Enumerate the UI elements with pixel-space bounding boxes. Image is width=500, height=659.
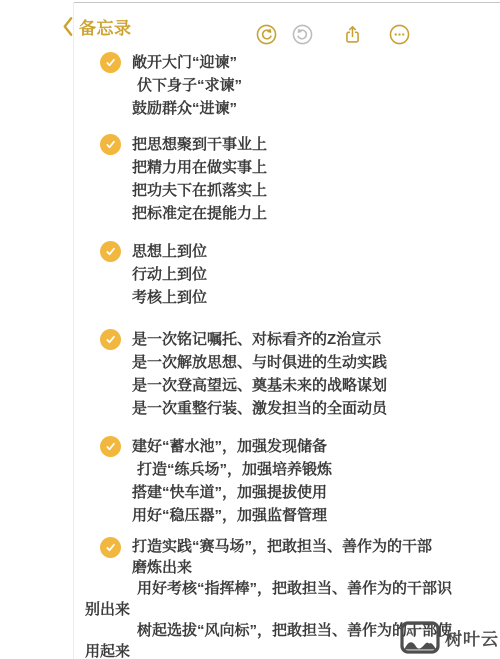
checklist-item: 打造实践“赛马场”，把敢担当、善作为的干部磨炼出来: [100, 536, 490, 578]
checklist-item-text[interactable]: 建好“蓄水池”，加强发现储备: [132, 435, 327, 458]
notes-app-window: 备忘录: [0, 0, 500, 659]
note-editor[interactable]: 敞开大门“迎谏” 伏下身子“求谏” 鼓励群众“进谏” 把思想聚到干事业上 把精力…: [73, 0, 500, 659]
checklist-group: 敞开大门“迎谏” 伏下身子“求谏” 鼓励群众“进谏”: [100, 51, 490, 120]
checklist-group: 思想上到位 行动上到位 考核上到位: [100, 240, 490, 309]
checklist-item: 思想上到位: [100, 240, 490, 263]
watermark: AI 树叶云: [400, 621, 499, 654]
note-line[interactable]: 搭建“快车道”，加强提拔使用: [132, 481, 490, 504]
note-line[interactable]: 是一次重整行装、激发担当的全面动员: [132, 397, 490, 420]
ai-image-icon: AI: [400, 621, 440, 654]
checklist-item: 建好“蓄水池”，加强发现储备: [100, 435, 490, 458]
note-line[interactable]: 用好“稳压器”，加强监督管理: [132, 504, 490, 527]
checklist-item-text[interactable]: 打造实践“赛马场”，把敢担当、善作为的干部磨炼出来: [132, 536, 444, 578]
checked-checkbox-icon[interactable]: [100, 52, 121, 73]
note-line[interactable]: 是一次解放思想、与时俱进的生动实践: [132, 351, 490, 374]
note-line[interactable]: 是一次登高望远、奠基未来的战略谋划: [132, 374, 490, 397]
chevron-left-icon: [62, 16, 73, 37]
note-line[interactable]: 行动上到位: [132, 263, 490, 286]
note-line[interactable]: 把功夫下在抓落实上: [132, 179, 490, 202]
checklist-item: 把思想聚到干事业上: [100, 133, 490, 156]
watermark-brand-label: 树叶云: [445, 625, 499, 650]
checklist-item-text[interactable]: 敞开大门“迎谏”: [132, 51, 237, 74]
ai-icon-label: AI: [406, 627, 417, 639]
checklist-group: 建好“蓄水池”，加强发现储备 打造“练兵场”，加强培养锻炼 搭建“快车道”，加强…: [100, 435, 490, 527]
checklist-item-text[interactable]: 把思想聚到干事业上: [132, 133, 267, 156]
note-line[interactable]: 考核上到位: [132, 286, 490, 309]
checklist-group: 是一次铭记嘱托、对标看齐的Z治宣示 是一次解放思想、与时俱进的生动实践 是一次登…: [100, 328, 490, 420]
checklist-item: 敞开大门“迎谏”: [100, 51, 490, 74]
note-line[interactable]: 鼓励群众“进谏”: [132, 97, 490, 120]
checked-checkbox-icon[interactable]: [100, 537, 121, 558]
note-line[interactable]: 打造“练兵场”，加强培养锻炼: [137, 458, 490, 481]
checked-checkbox-icon[interactable]: [100, 241, 121, 262]
checklist-item-text[interactable]: 思想上到位: [132, 240, 207, 263]
checklist-item-text[interactable]: 是一次铭记嘱托、对标看齐的Z治宣示: [132, 328, 381, 351]
checked-checkbox-icon[interactable]: [100, 329, 121, 350]
note-line[interactable]: 把标准定在提能力上: [132, 202, 490, 225]
checklist-item: 是一次铭记嘱托、对标看齐的Z治宣示: [100, 328, 490, 351]
note-line[interactable]: 伏下身子“求谏”: [137, 74, 490, 97]
note-line[interactable]: 把精力用在做实事上: [132, 156, 490, 179]
note-paragraph[interactable]: 用好考核“指挥棒”，把敢担当、善作为的干部识别出来: [85, 578, 455, 620]
checked-checkbox-icon[interactable]: [100, 134, 121, 155]
checklist-group: 把思想聚到干事业上 把精力用在做实事上 把功夫下在抓落实上 把标准定在提能力上: [100, 133, 490, 225]
checked-checkbox-icon[interactable]: [100, 436, 121, 457]
